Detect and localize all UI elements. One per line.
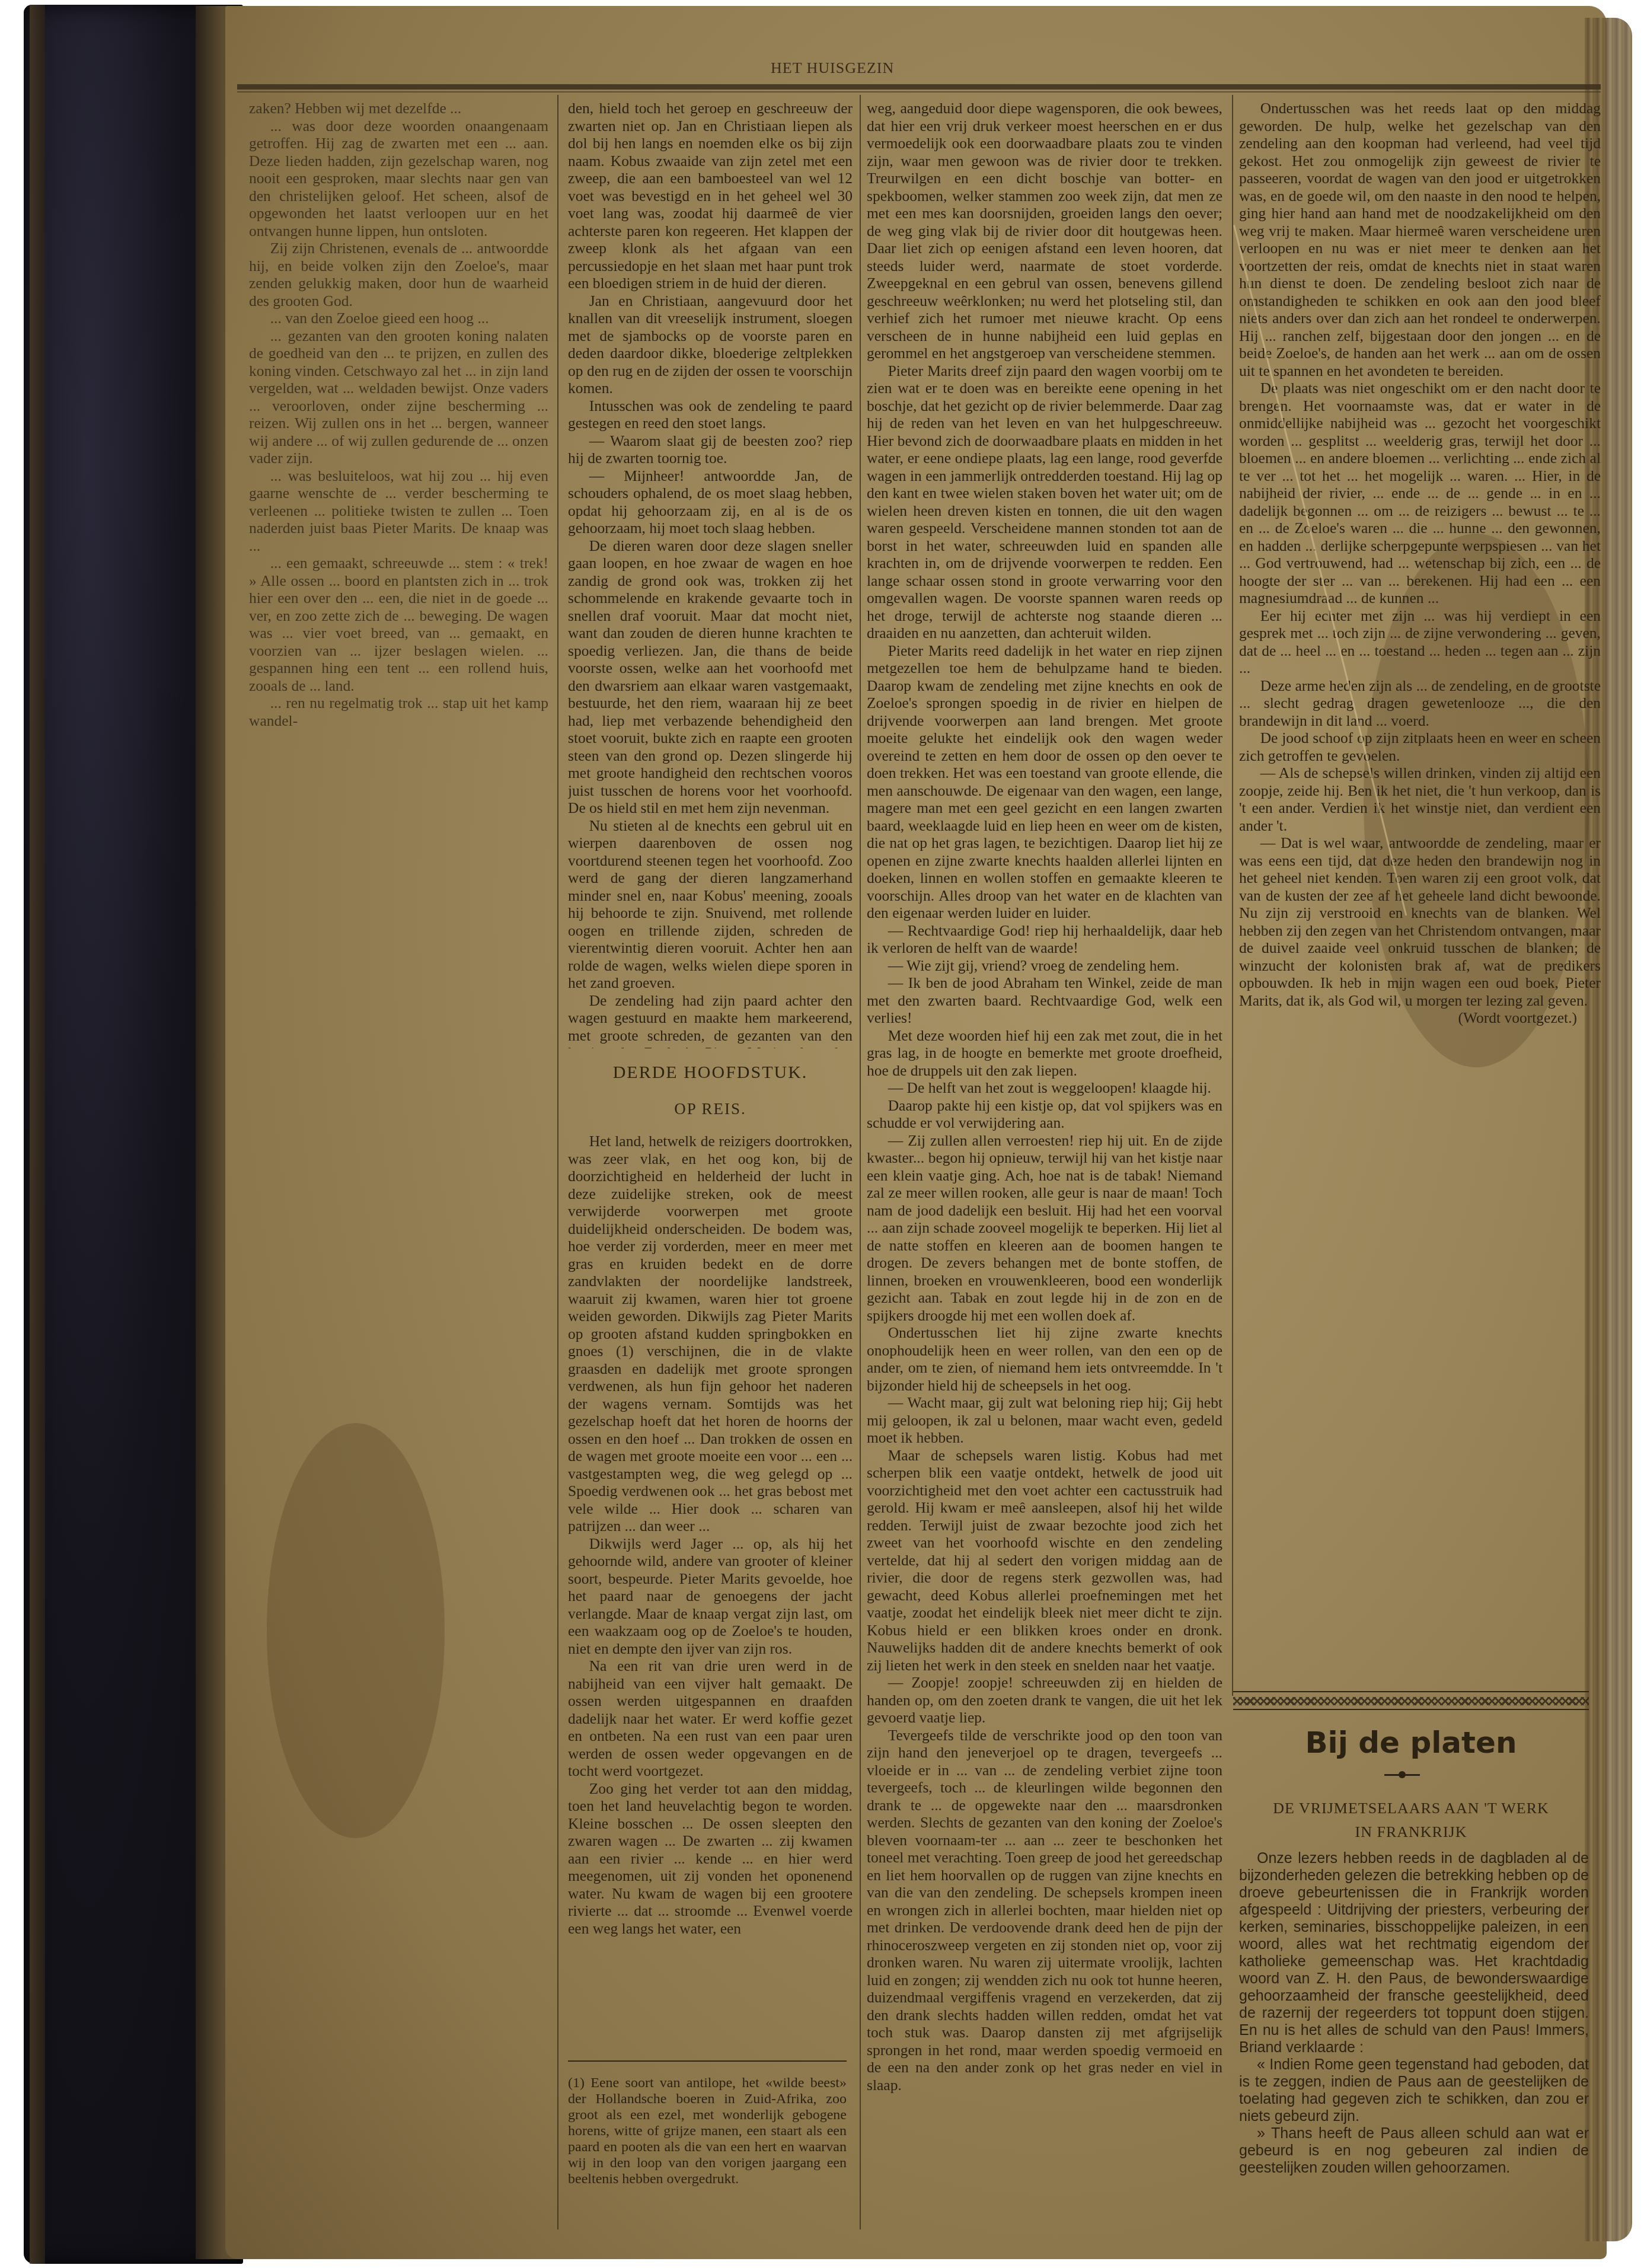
section-rule [1233, 1709, 1589, 1710]
paragraph: Zoo ging het verder tot aan den middag, … [568, 1780, 853, 1938]
paragraph: De dieren waren door deze slagen sneller… [568, 537, 853, 817]
paragraph: ... gezanten van den grooten koning nala… [249, 327, 548, 467]
paragraph: Intusschen was ook de zendeling te paard… [568, 397, 853, 432]
paragraph: — De helft van het zout is weggeloopen! … [867, 1079, 1222, 1097]
paragraph: ... was door deze woorden onaangenaam ge… [249, 117, 548, 240]
paragraph: — Rechtvaardige God! riep hij herhaaldel… [867, 922, 1222, 957]
section-title: Bij de platen [1233, 1725, 1589, 1760]
column-3: weg, aangeduid door diepe wagensporen, d… [867, 100, 1222, 2210]
paragraph: weg, aangeduid door diepe wagensporen, d… [867, 100, 1222, 362]
paragraph: — Wacht maar, gij zult wat beloning riep… [867, 1394, 1222, 1447]
chapter-title: DERDE HOOFDSTUK. [568, 1063, 853, 1083]
column-2-bottom: Het land, hetwelk de reizigers doortrokk… [568, 1133, 853, 2046]
footnote: (1) Eene soort van antilope, het «wilde … [568, 2075, 847, 2187]
paragraph: ... van den Zoeloe gieed een hoog ... [249, 310, 548, 327]
header-rule-thin [237, 91, 1601, 92]
paragraph: — Mijnheer! antwoordde Jan, de schouders… [568, 467, 853, 537]
paragraph: den, hield toch het geroep en geschreeuw… [568, 100, 853, 292]
column-2-top: den, hield toch het geroep en geschreeuw… [568, 100, 853, 1048]
paragraph: De plaats was niet ongeschikt om er den … [1239, 379, 1601, 607]
paragraph: Nu stieten al de knechts een gebrul uit … [568, 817, 853, 992]
column-4: Ondertusschen was het reeds laat op den … [1239, 100, 1601, 1677]
paragraph: Met deze woorden hief hij een zak met zo… [867, 1027, 1222, 1080]
paragraph: Ondertusschen was het reeds laat op den … [1239, 100, 1601, 379]
continued-note: (Wordt voortgezet.) [1239, 1009, 1601, 1027]
paragraph: Tevergeefs tilde de verschrikte jood op … [867, 1727, 1222, 2094]
paragraph: zaken? Hebben wij met dezelfde ... [249, 100, 548, 117]
chapter-subtitle: OP REIS. [568, 1100, 853, 1118]
dash-ornament [1384, 1774, 1420, 1776]
paragraph: Eer hij echter met zijn ... was hij verd… [1239, 607, 1601, 677]
paragraph: Jan en Christiaan, aangevuurd door het k… [568, 292, 853, 397]
paragraph: Dikwijls werd Jager ... op, als hij het … [568, 1535, 853, 1658]
paragraph: Het land, hetwelk de reizigers doortrokk… [568, 1133, 853, 1535]
zigzag-ornament [1233, 1697, 1589, 1705]
paragraph: Na een rit van drie uren werd in de nabi… [568, 1657, 853, 1780]
paragraph: Deze arme heden zijn als ... de zendelin… [1239, 677, 1601, 730]
section-body: Onze lezers hebben reeds in de dagbladen… [1239, 1850, 1589, 2218]
paragraph: Zij zijn Christenen, evenals de ... antw… [249, 240, 548, 310]
paragraph: ... een gemaakt, schreeuwde ... stem : «… [249, 554, 548, 694]
column-1: zaken? Hebben wij met dezelfde ... ... w… [249, 100, 548, 2228]
paragraph: Pieter Marits dreef zijn paard den wagen… [867, 362, 1222, 642]
paragraph: De jood schoof op zijn zitplaats heen en… [1239, 729, 1601, 764]
section-subtitle: DE VRIJMETSELAARS AAN 'T WERK IN FRANKRI… [1233, 1797, 1589, 1844]
paragraph: » Thans heeft de Paus alleen schuld aan … [1239, 2125, 1589, 2177]
column-divider [1232, 95, 1233, 1696]
column-divider [557, 95, 558, 2229]
paragraph: Maar de schepsels waren listig. Kobus ha… [867, 1447, 1222, 1674]
paragraph: Ondertusschen liet hij zijne zwarte knec… [867, 1324, 1222, 1394]
paragraph: — Wie zijt gij, vriend? vroeg de zendeli… [867, 957, 1222, 975]
subtitle-line: IN FRANKRIJK [1233, 1820, 1589, 1844]
header-rule [237, 84, 1601, 90]
paragraph: — Zij zullen allen verroesten! riep hij … [867, 1132, 1222, 1325]
section-rule [1233, 1691, 1589, 1692]
paragraph: ... was besluiteloos, wat hij zou ... hi… [249, 467, 548, 555]
paragraph: — Dat is wel waar, antwoordde de zendeli… [1239, 834, 1601, 1009]
column-divider [860, 95, 861, 2229]
paragraph: Onze lezers hebben reeds in de dagbladen… [1239, 1850, 1589, 2056]
footnote-rule [568, 2060, 847, 2062]
subtitle-line: DE VRIJMETSELAARS AAN 'T WERK [1233, 1797, 1589, 1820]
paragraph: — Als de schepsels willen drinken, vinde… [1239, 764, 1601, 834]
paragraph: — Waarom slaat gij de beesten zoo? riep … [568, 432, 853, 467]
paragraph: « Indien Rome geen tegenstand had gebode… [1239, 2056, 1589, 2125]
paragraph: Daarop pakte hij een kistje op, dat vol … [867, 1097, 1222, 1132]
paragraph: Pieter Marits reed dadelijk in het water… [867, 642, 1222, 922]
paragraph: — Ik ben de jood Abraham ten Winkel, zei… [867, 974, 1222, 1027]
paragraph: ... ren nu regelmatig trok ... stap uit … [249, 694, 548, 729]
paragraph: — Zoopje! zoopje! schreeuwden zij en hie… [867, 1674, 1222, 1727]
paragraph: De zendeling had zijn paard achter den w… [568, 992, 853, 1049]
masthead: HET HUISGEZIN [771, 59, 894, 77]
